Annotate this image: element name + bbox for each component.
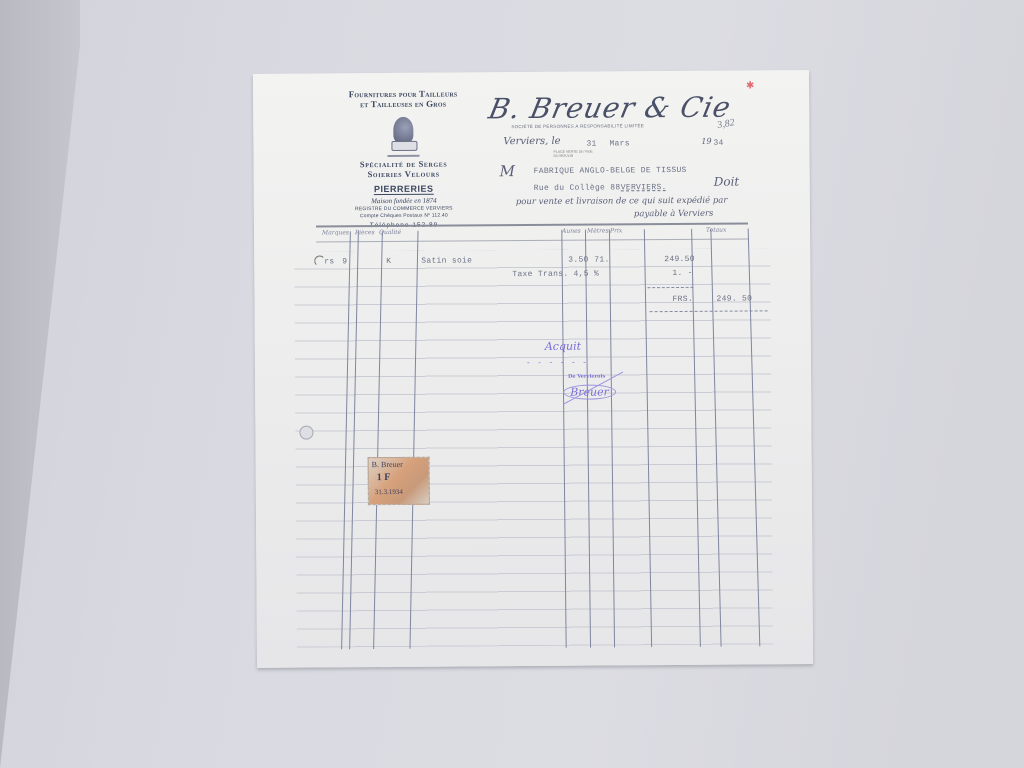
row1-amount: 249.50: [664, 255, 695, 264]
signature: Breuer: [563, 384, 616, 399]
company-name: B. Breuer & Cie: [486, 91, 734, 126]
col-header-price: Prix: [610, 227, 622, 234]
row2-description: Taxe Trans. 4,5 %: [512, 270, 599, 280]
punch-hole: [299, 426, 313, 440]
row2-amount: 1. -: [672, 269, 692, 278]
address-small: PLACE VERTE 18 / RUE DU MOULIN: [553, 150, 593, 158]
specialty-line3: PIERRERIES: [374, 184, 434, 195]
col-header-totals: Totaux: [706, 227, 726, 234]
row1-meters: 3.50: [568, 256, 588, 265]
letterhead-left: Fournitures pour Tailleurs et Tailleuses…: [323, 88, 484, 229]
stamp-dots: - - - - - -: [527, 358, 589, 367]
invoice-year: 34: [713, 139, 723, 148]
total-value: 249. 50: [716, 294, 752, 303]
place-label: Verviers, le: [503, 136, 560, 147]
total-label: FRS.: [672, 295, 692, 304]
recipient-city: VERVIERS.: [621, 183, 667, 192]
terms-line1: pour vente et livraison de ce qui suit e…: [516, 196, 728, 207]
col-header-aunes: Aunes: [562, 228, 581, 235]
row1-description: Satin soie: [421, 256, 472, 265]
ruled-lines: [294, 248, 773, 647]
letterhead-line2: et Tailleuses en Gros: [323, 98, 483, 109]
row1-quality: K: [386, 257, 391, 266]
invoice-month: Mars: [609, 139, 629, 148]
acquit-stamp: Acquit: [545, 340, 581, 353]
recipient-street: Rue du Collège 88: [534, 183, 621, 193]
row1-piece: 9: [342, 257, 347, 266]
postal-account: Compte Chèques Postaux Nº 112.40: [324, 212, 484, 220]
terms-line2: payable à Verviers: [634, 209, 714, 220]
revenue-stamp-line1: B. Breuer: [372, 460, 403, 469]
debit-label: Doit: [714, 175, 740, 189]
recipient-name: FABRIQUE ANGLO-BELGE DE TISSUS: [534, 166, 687, 176]
bust-logo-icon: [381, 115, 425, 157]
revenue-stamp-line3: 31.3.1934: [375, 488, 403, 496]
red-mark-icon: ✱: [746, 80, 754, 91]
background-shadow: [0, 0, 80, 768]
col-header-meters: Mètres: [587, 227, 609, 234]
invoice-day: 31: [586, 140, 596, 149]
recipient-prefix: M: [500, 162, 515, 180]
revenue-stamp: B. Breuer 1 F 31.3.1934: [368, 457, 430, 505]
company-subtitle: SOCIÉTÉ DE PERSONNES A RESPONSABILITÉ LI…: [511, 123, 644, 129]
year-prefix: 19: [701, 137, 711, 146]
invoice-document: Fournitures pour Tailleurs et Tailleuses…: [253, 70, 813, 668]
col-header-marks: Marques: [322, 229, 349, 236]
row1-marks: rs: [324, 257, 334, 266]
specialty-line2: Soieries Velours: [324, 168, 484, 179]
row1-price: 71.: [594, 255, 609, 264]
company-stamp: De Vervierois: [568, 373, 605, 379]
revenue-stamp-line2: 1 F: [377, 472, 391, 483]
